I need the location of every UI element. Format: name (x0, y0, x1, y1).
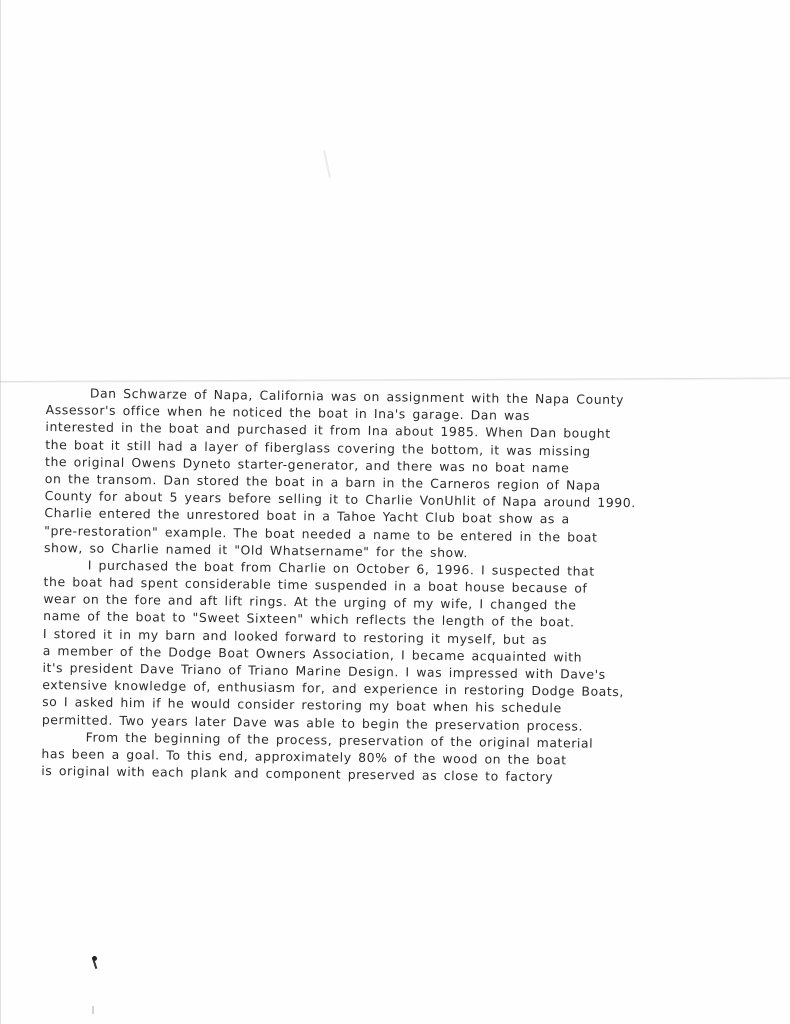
scanned-page: Dan Schwarze of Napa, California was on … (0, 0, 790, 1024)
scan-artifact (323, 150, 331, 178)
scan-artifact (92, 1006, 94, 1014)
ink-stroke (93, 960, 97, 969)
paper-fold-line (0, 378, 790, 383)
page-edge (0, 0, 1, 1024)
ink-mark (92, 956, 97, 970)
handwritten-body: Dan Schwarze of Napa, California was on … (41, 384, 716, 787)
